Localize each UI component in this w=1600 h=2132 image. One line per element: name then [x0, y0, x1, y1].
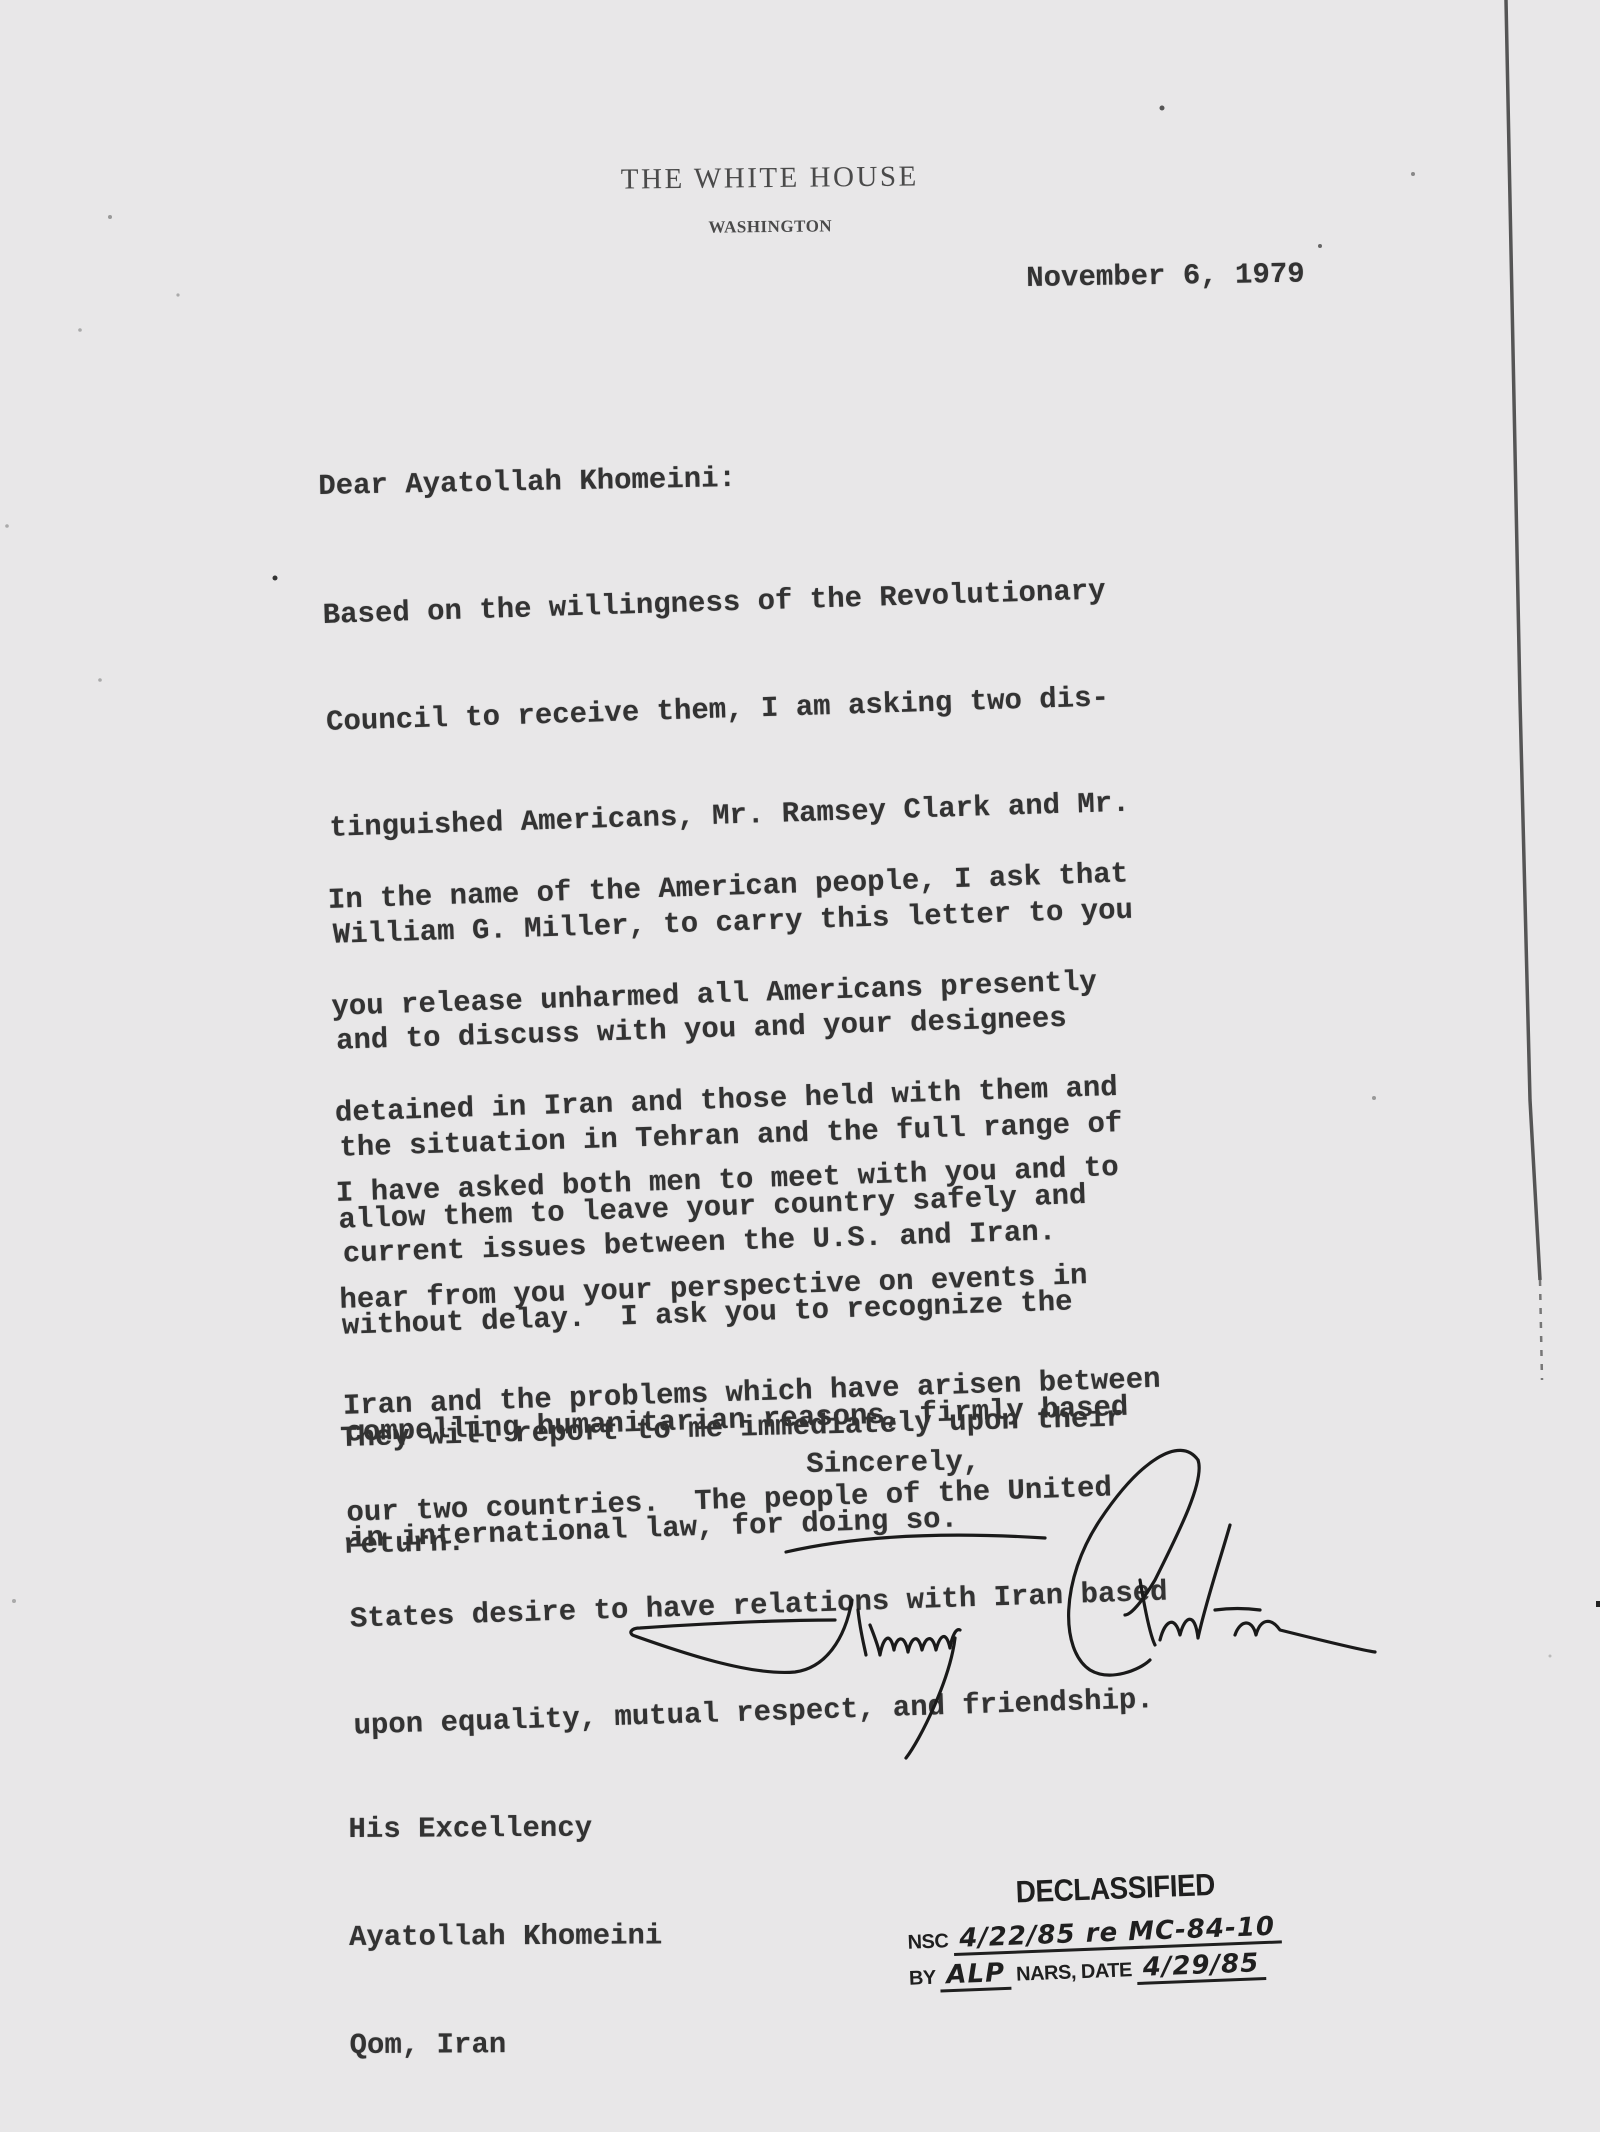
- stamp-by-label: BY: [909, 1967, 936, 1990]
- stamp-date-value: 4/29/85: [1136, 1949, 1266, 1985]
- text-line: Council to receive them, I am asking two…: [326, 679, 1127, 740]
- signature-icon: [620, 1440, 1380, 1760]
- letterhead-location: WASHINGTON: [560, 215, 980, 239]
- declassified-stamp: DECLASSIFIED NSC 4/22/85 re MC-84-10 BY …: [900, 1857, 1365, 2015]
- stamp-agency-date-label: NARS, DATE: [1016, 1959, 1133, 1985]
- stamp-title: DECLASSIFIED: [1015, 1867, 1215, 1911]
- stamp-authority-label: NSC: [907, 1930, 949, 1954]
- address-line: Ayatollah Khomeini: [349, 1918, 662, 1956]
- text-line: I have asked both men to meet with you a…: [335, 1149, 1154, 1212]
- text-line: In the name of the American people, I as…: [327, 856, 1128, 918]
- stamp-by-value: ALP: [940, 1959, 1012, 1993]
- letter-page: THE WHITE HOUSE WASHINGTON November 6, 1…: [0, 0, 1600, 2132]
- text-line: you release unharmed all Americans prese…: [331, 963, 1132, 1025]
- address-line: Qom, Iran: [350, 2026, 663, 2064]
- address-line: His Excellency: [348, 1810, 661, 1848]
- text-line: hear from you your perspective on events…: [339, 1255, 1158, 1318]
- letterhead-title: THE WHITE HOUSE: [560, 160, 980, 197]
- salutation: Dear Ayatollah Khomeini:: [318, 462, 736, 503]
- stamp-by-row: BY ALP NARS, DATE 4/29/85: [908, 1949, 1265, 1994]
- text-line: Based on the willingness of the Revoluti…: [322, 573, 1123, 634]
- letterhead: THE WHITE HOUSE WASHINGTON: [560, 160, 981, 239]
- recipient-address: His Excellency Ayatollah Khomeini Qom, I…: [348, 1738, 663, 2132]
- letter-date: November 6, 1979: [1026, 258, 1305, 295]
